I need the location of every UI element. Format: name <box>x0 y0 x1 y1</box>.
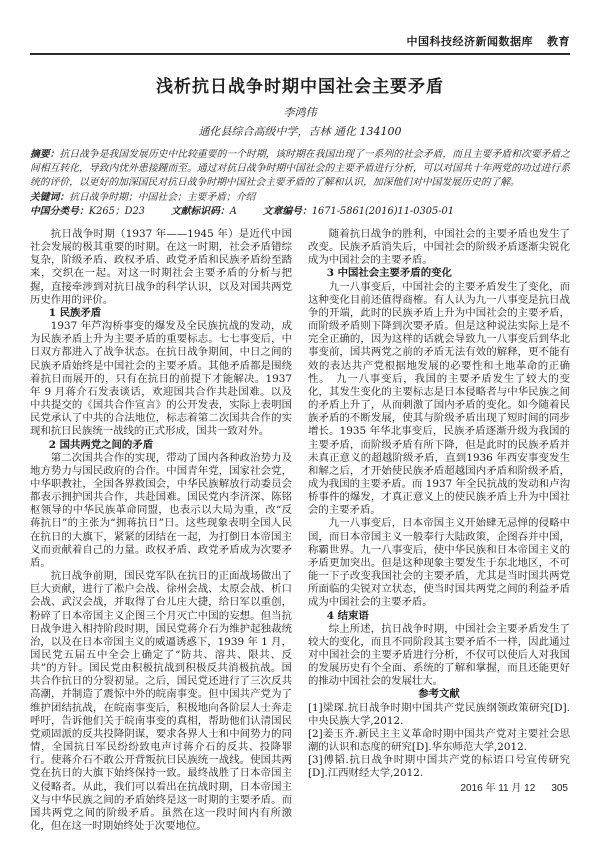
category-label: 教育 <box>547 36 570 48</box>
article-id-value: 1671-5861(2016)11-0305-01 <box>312 206 454 217</box>
database-label: 中国科技经济新闻数据库 <box>407 36 534 48</box>
clc-label: 中国分类号： <box>30 206 89 217</box>
journal-header: 中国科技经济新闻数据库教育 <box>30 0 570 49</box>
keywords-label: 关键词： <box>30 192 69 203</box>
right-column: 随着抗日战争的胜利，中国社会的主要矛盾也发生了改变。民族矛盾消失后，中国社会的阶… <box>308 228 570 833</box>
reference-item: [2]姜玉齐.新民主主义革命时期中国共产党对主要社会思潮的认识和态度的研究[D]… <box>308 728 570 754</box>
keywords-text: 抗日战争时期；中国社会；主要矛盾；介绍 <box>69 192 255 203</box>
paragraph: 1937 年芦沟桥事变的爆发及全民族抗战的发动，成为民族矛盾上升为主要矛盾的重要… <box>30 320 292 438</box>
header-rule <box>30 53 570 55</box>
reference-item: [3]傅韬.抗日战争时期中国共产党的标语口号宣传研究[D].江西财经大学,201… <box>308 754 570 780</box>
section-heading-1: 1 民族矛盾 <box>30 307 292 320</box>
paragraph: 抗日战争时期（1937 年——1945 年）是近代中国社会发展的极其重要的时期。… <box>30 228 292 307</box>
article-id-group: 文章编号：1671-5861(2016)11-0305-01 <box>263 206 454 217</box>
article-meta: 摘要：抗日战争是我国发展历史中比较重要的一个时期，该时期在我国出现了一系列的社会… <box>30 148 570 219</box>
left-column: 抗日战争时期（1937 年——1945 年）是近代中国社会发展的极其重要的时期。… <box>30 228 292 833</box>
author-name: 李鸿伟 <box>30 104 570 120</box>
abstract-label: 摘要： <box>30 149 59 160</box>
doc-code-value: A <box>230 206 237 217</box>
clc-value: K265；D23 <box>89 206 145 217</box>
classification-line: 中国分类号：K265；D23文献标识码：A文章编号：1671-5861(2016… <box>30 205 570 219</box>
clc-group: 中国分类号：K265；D23 <box>30 206 145 217</box>
footer-page-number: 305 <box>551 783 568 794</box>
page-title: 浅析抗日战争时期中国社会主要矛盾 <box>30 72 570 97</box>
paragraph: 抗日战争前期，国民党军队在抗日的正面战场做出了巨大贡献，进行了凇户会战、徐州会战… <box>30 570 292 833</box>
paragraph: 九一八事变后，中国社会的主要矛盾发生了变化，而这种变化目前还值得商榷。有人认为九… <box>308 281 570 518</box>
article-id-label: 文章编号： <box>263 206 312 217</box>
abstract-text: 抗日战争是我国发展历史中比较重要的一个时期，该时期在我国出现了一系列的社会矛盾，… <box>30 149 570 188</box>
doc-code-label: 文献标识码： <box>171 206 230 217</box>
keywords: 关键词：抗日战争时期；中国社会；主要矛盾；介绍 <box>30 191 570 205</box>
section-heading-2: 2 国共两党之间的矛盾 <box>30 439 292 452</box>
section-heading-4: 4 结束语 <box>308 610 570 623</box>
abstract: 摘要：抗日战争是我国发展历史中比较重要的一个时期，该时期在我国出现了一系列的社会… <box>30 148 570 191</box>
article-body: 抗日战争时期（1937 年——1945 年）是近代中国社会发展的极其重要的时期。… <box>30 228 570 833</box>
section-heading-3: 3 中国社会主要矛盾的变化 <box>308 267 570 280</box>
paragraph: 随着抗日战争的胜利，中国社会的主要矛盾也发生了改变。民族矛盾消失后，中国社会的阶… <box>308 228 570 267</box>
page-footer: 2016 年 11 月 12305 <box>460 779 568 794</box>
paragraph: 综上所述，抗日战争时期，中国社会主要矛盾发生了较大的变化，而且不同阶段其主要矛盾… <box>308 623 570 689</box>
paper-page: 中国科技经济新闻数据库教育 浅析抗日战争时期中国社会主要矛盾 李鸿伟 通化县综合… <box>0 0 600 850</box>
author-affiliation: 通化县综合高级中学，吉林 通化 134100 <box>30 123 570 139</box>
reference-item: [1]梁琛.抗日战争时期中国共产党民族纲领政策研究[D].中央民族大学,2012… <box>308 702 570 728</box>
doc-code-group: 文献标识码：A <box>171 206 237 217</box>
footer-date: 2016 年 11 月 12 <box>460 783 535 794</box>
paragraph: 第二次国共合作的实现，带动了国内各种政治势力及地方势力与国民政府的合作。中国青年… <box>30 452 292 570</box>
references-heading: 参考文献 <box>308 688 570 701</box>
paragraph: 九一八事变后，日本帝国主义开始肆无忌惮的侵略中国，而日本帝国主义一般奉行大陆政策… <box>308 517 570 609</box>
